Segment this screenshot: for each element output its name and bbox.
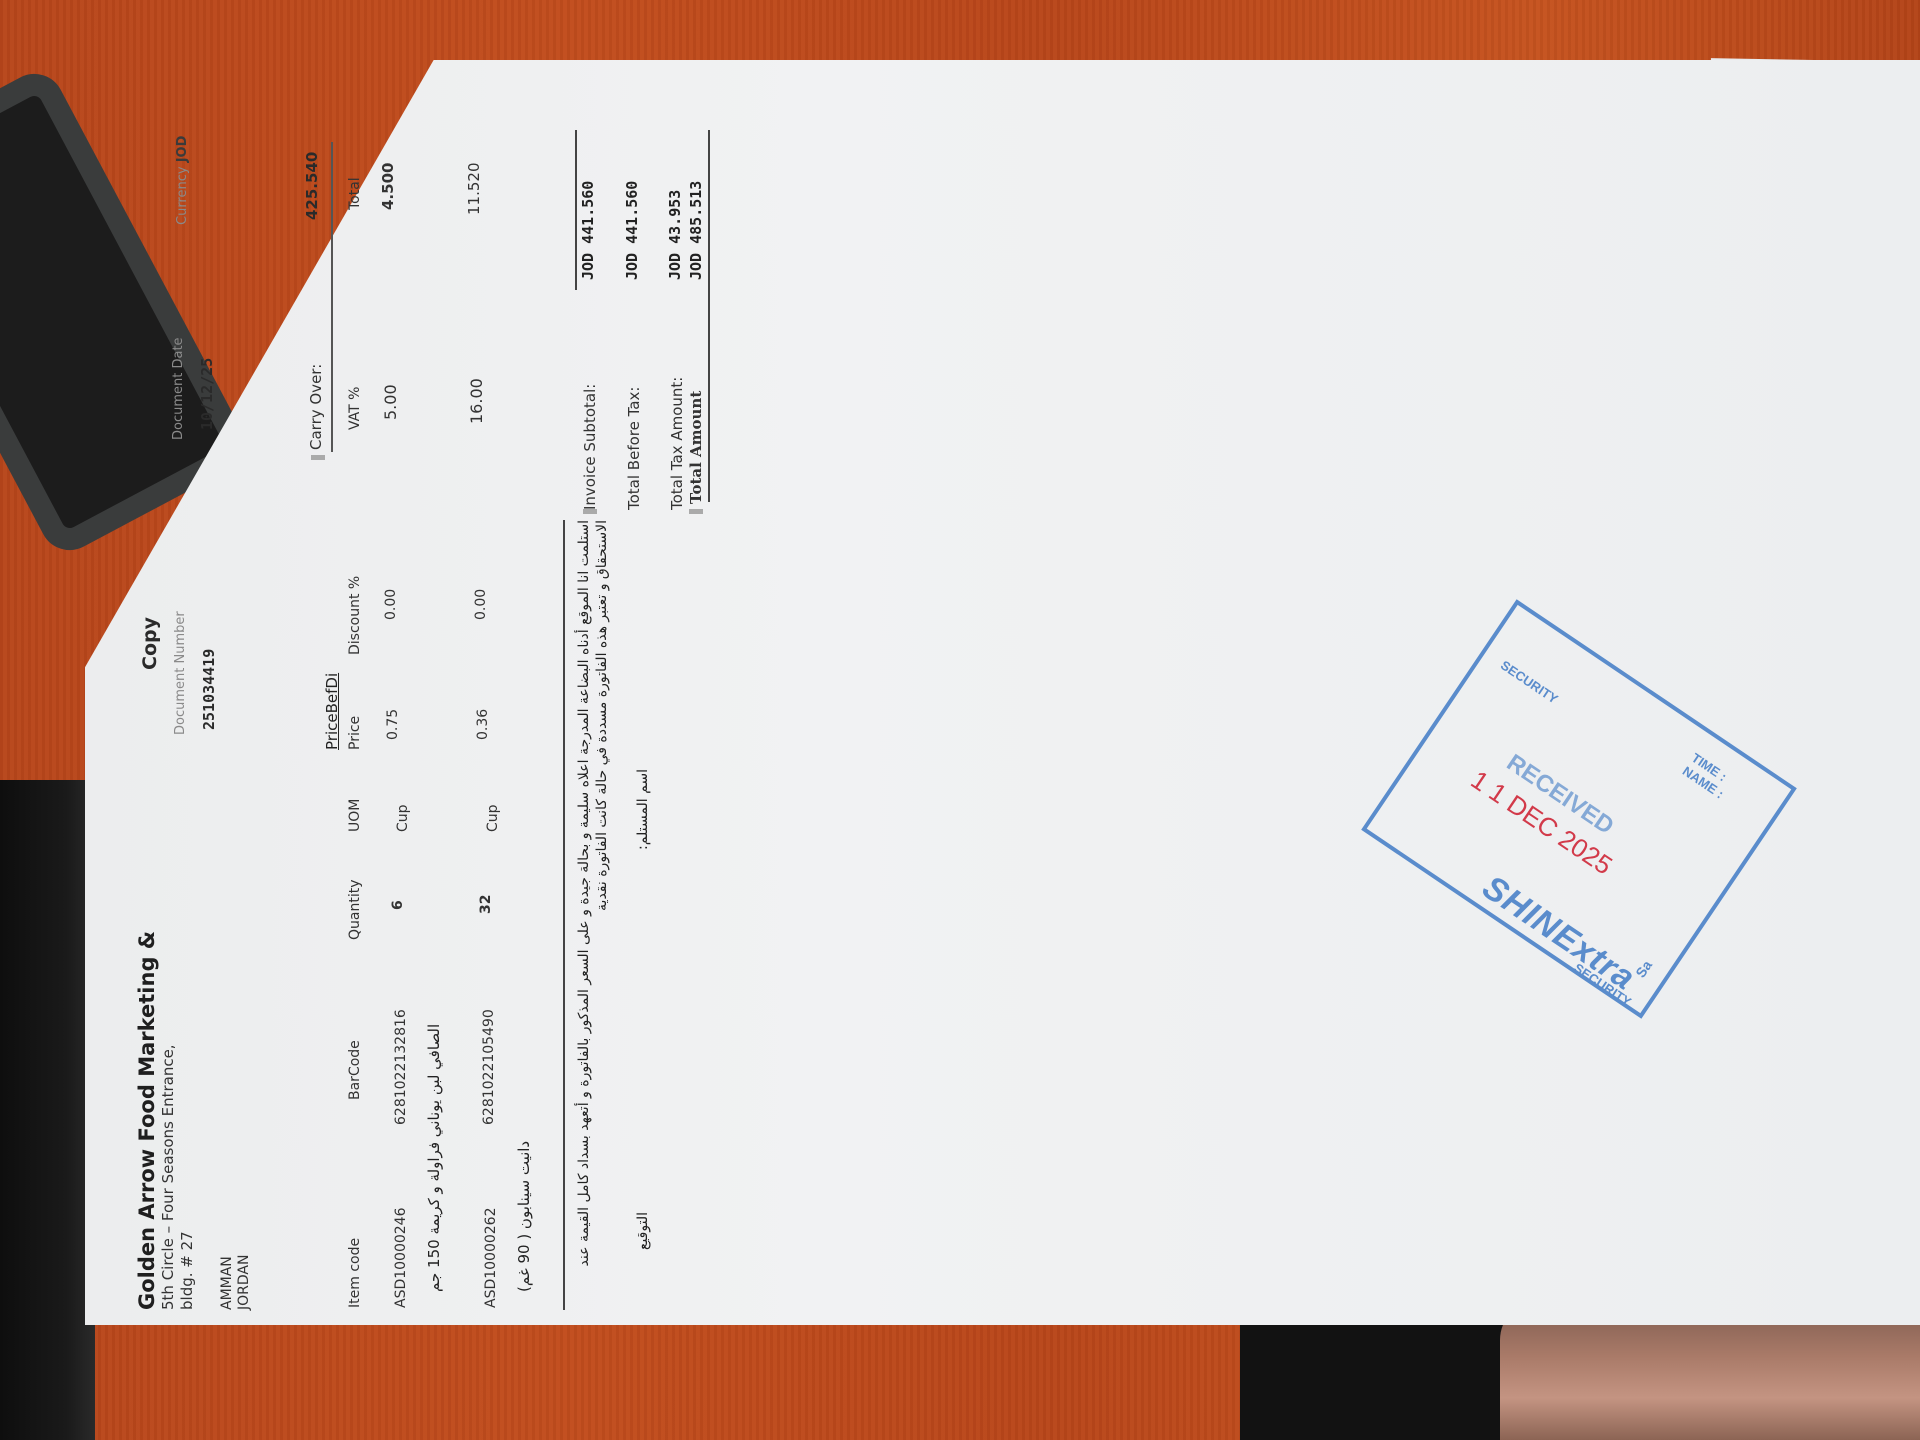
price-before-discount-label: PriceBefDi xyxy=(323,673,341,750)
uom: Cup xyxy=(395,804,411,832)
acknowledgement-text: استلمت انا الموقع أدناه البضاعة المدرجة … xyxy=(575,520,611,1310)
total-amount-value: JOD 485.513 xyxy=(687,181,705,280)
uom: Cup xyxy=(485,804,501,832)
total-amount-marker xyxy=(689,509,703,514)
totals-top-divider xyxy=(575,130,577,290)
document-number: 251034419 xyxy=(200,649,218,730)
total-amount-underline xyxy=(708,130,710,502)
company-address-line2: bldg. # 27 xyxy=(178,931,197,1310)
discount: 0.00 xyxy=(473,589,489,620)
document-date-label: Document Date xyxy=(171,337,186,440)
barcode: 6281022105490 xyxy=(481,1009,497,1125)
col-header-barcode: BarCode xyxy=(347,1040,363,1100)
carry-over-marker xyxy=(311,455,325,460)
price: 0.75 xyxy=(385,709,401,740)
total-amount-label: Total Amount xyxy=(687,391,705,504)
dark-foreground-object xyxy=(0,780,95,1440)
carry-over-value: 425.540 xyxy=(303,152,321,220)
document-number-label: Document Number xyxy=(173,611,188,735)
line-total: 11.520 xyxy=(465,163,483,216)
stamp-time-name-fields: TIME : NAME : xyxy=(1679,750,1735,802)
currency-field: Currency JOD xyxy=(175,136,190,225)
carry-over-label: Carry Over: xyxy=(307,364,325,450)
barcode: 6281022132816 xyxy=(393,1009,409,1125)
invoice-subtotal-value: JOD 441.560 xyxy=(579,181,597,280)
item-code: ASD10000262 xyxy=(483,1207,499,1308)
col-header-item-code: Item code xyxy=(347,1238,363,1308)
company-country: JORDAN xyxy=(236,931,253,1310)
company-city-country: AMMAN JORDAN xyxy=(219,931,253,1310)
stamp-security-top: SECURITY xyxy=(1498,657,1561,706)
total-tax-value: JOD 43.953 xyxy=(666,190,684,280)
quantity: 32 xyxy=(478,895,494,914)
vat: 5.00 xyxy=(381,384,400,420)
col-header-uom: UOM xyxy=(347,799,363,832)
vat: 16.00 xyxy=(467,378,486,424)
company-address-line1: 5th Circle – Four Seasons Entrance, xyxy=(159,931,178,1310)
carry-over-divider xyxy=(331,142,333,452)
col-header-total: Total xyxy=(347,177,363,210)
invoice-document: Golden Arrow Food Marketing & 5th Circle… xyxy=(135,130,895,1310)
dark-fabric xyxy=(1240,1320,1520,1440)
item-description: دانيت سينابون ( 90 غم) xyxy=(515,1141,533,1292)
currency-value: JOD xyxy=(175,136,190,163)
document-date: 10/12/25 xyxy=(198,358,216,430)
col-header-quantity: Quantity xyxy=(347,880,363,941)
price: 0.36 xyxy=(475,709,491,740)
acknowledgement-divider xyxy=(563,520,565,1310)
item-description: الصافي لبن يوناني فراولة و كريمة 150 جم xyxy=(425,1024,443,1292)
company-name: Golden Arrow Food Marketing & xyxy=(135,931,159,1310)
receiver-name-label: اسم المستلم: xyxy=(635,769,651,850)
col-header-price: Price xyxy=(347,716,363,750)
item-code: ASD10000246 xyxy=(393,1207,409,1308)
total-before-tax-value: JOD 441.560 xyxy=(623,181,641,280)
total-before-tax-label: Total Before Tax: xyxy=(625,387,643,510)
total-tax-label: Total Tax Amount: xyxy=(668,377,686,510)
invoice-subtotal-label: Invoice Subtotal: xyxy=(581,384,599,510)
company-city: AMMAN xyxy=(219,931,236,1310)
signature-label: التوقيع xyxy=(635,1212,651,1250)
quantity: 6 xyxy=(390,900,406,910)
company-block: Golden Arrow Food Marketing & 5th Circle… xyxy=(135,931,253,1310)
col-header-discount: Discount % xyxy=(347,576,363,655)
col-header-vat: VAT % xyxy=(347,387,363,430)
currency-label: Currency xyxy=(175,166,190,225)
line-total: 4.500 xyxy=(379,163,397,210)
copy-label: Copy xyxy=(139,617,161,670)
discount: 0.00 xyxy=(383,589,399,620)
